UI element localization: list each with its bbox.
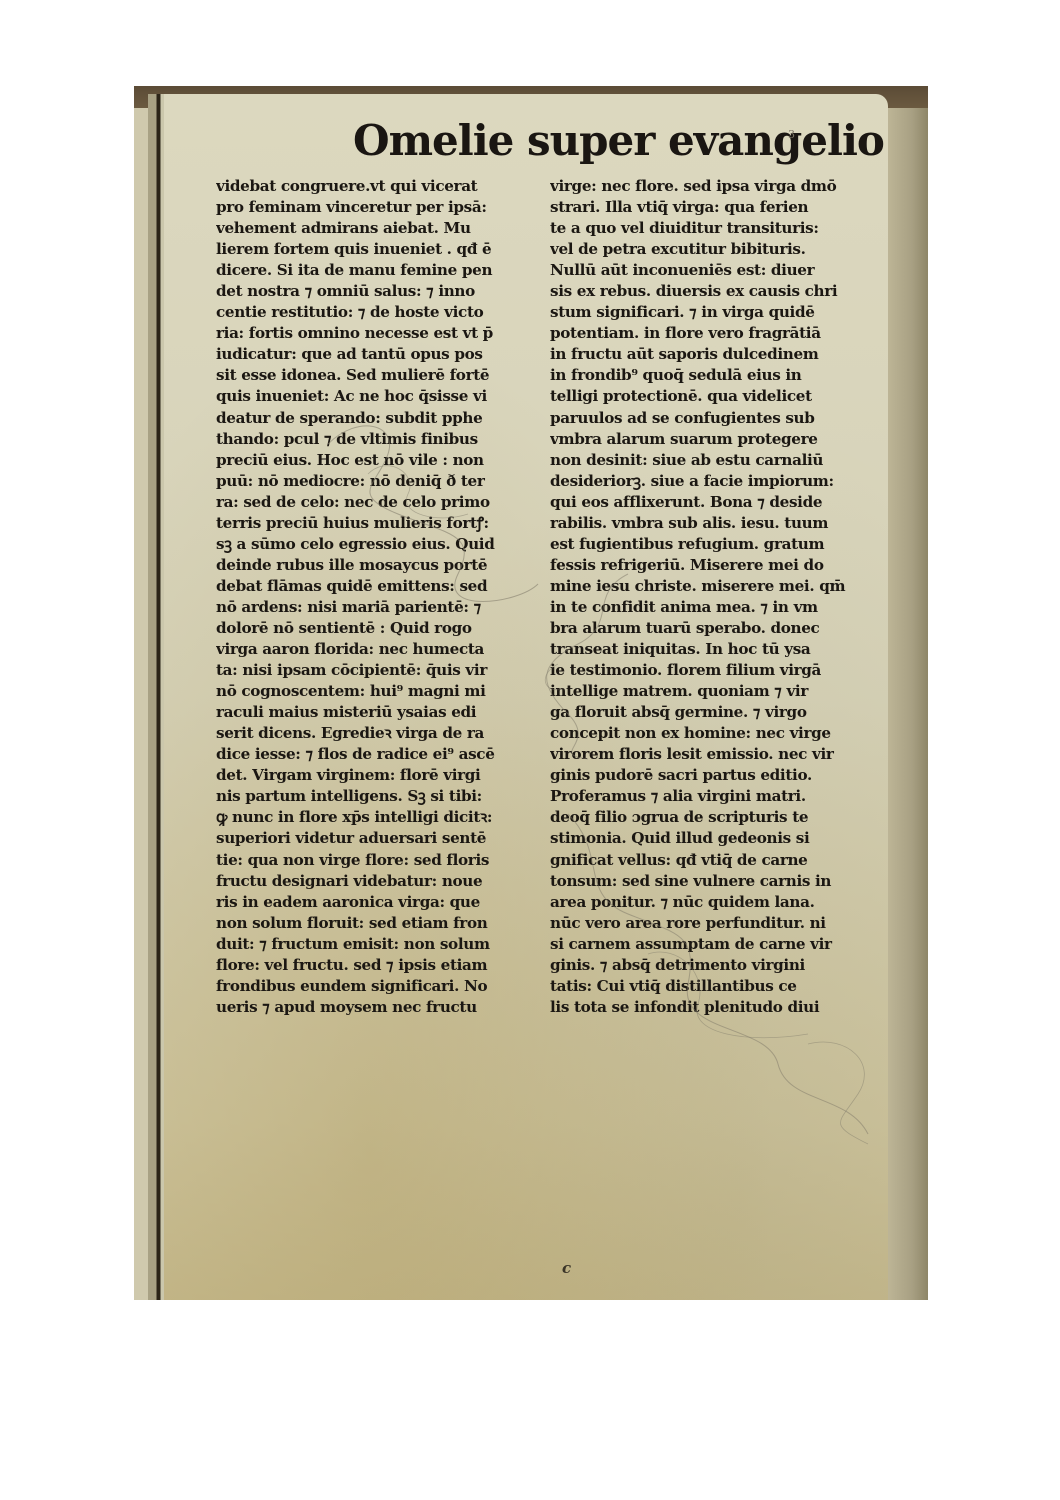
text-line: dicere. Si ita de manu femine pen [216, 260, 536, 281]
text-line: virga aaron florida: nec humecta [216, 639, 536, 660]
text-line: lis tota se infondit plenitudo diui [550, 997, 870, 1018]
text-line: centie restitutio: ⁊ de hoste victo [216, 302, 536, 323]
page-photograph: Omelie super evangelio 3 videbat congrue… [134, 86, 928, 1300]
text-line: desideriorꝫ. siue a facie impiorum: [550, 471, 870, 492]
text-line: stum significari. ⁊ in virga quidē [550, 302, 870, 323]
text-line: Nullū aūt inconueniēs est: diuer [550, 260, 870, 281]
text-line: est fugientibus refugium. gratum [550, 534, 870, 555]
text-line: deinde rubus ille mosaycus portē [216, 555, 536, 576]
text-line: strari. Illa vtiq̄ virga: qua ferien [550, 197, 870, 218]
text-line: ria: fortis omnino necesse est vt p̄ [216, 323, 536, 344]
text-line: fessis refrigeriū. Miserere mei do [550, 555, 870, 576]
text-line: ra: sed de celo: nec de celo primo [216, 492, 536, 513]
text-line: quis inueniet: Ac ne hoc q̄sisse vi [216, 386, 536, 407]
text-line: fructu designari videbatur: noue [216, 871, 536, 892]
text-line: paruulos ad se confugientes sub [550, 408, 870, 429]
text-line: virorem floris lesit emissio. nec vir [550, 744, 870, 765]
text-line: qui eos afflixerunt. Bona ⁊ deside [550, 492, 870, 513]
text-line: sis ex rebus. diuersis ex causis chri [550, 281, 870, 302]
text-line: tatis: Cui vtiq̄ distillantibus ce [550, 976, 870, 997]
text-line: videbat congruere.vt qui vicerat [216, 176, 536, 197]
text-line: ga floruit absq̄ germine. ⁊ virgo [550, 702, 870, 723]
text-line: iudicatur: que ad tantū opus pos [216, 344, 536, 365]
text-line: nō ardens: nisi mariā parientē: ⁊ [216, 597, 536, 618]
text-line: dolorē nō sentientē : Quid rogo [216, 618, 536, 639]
text-line: thando: pcul ⁊ de vltimis finibus [216, 429, 536, 450]
text-line: bra alarum tuarū sperabo. donec [550, 618, 870, 639]
text-line: ginis pudorē sacri partus editio. [550, 765, 870, 786]
text-line: frondibus eundem significari. No [216, 976, 536, 997]
text-line: Proferamus ⁊ alia virgini matri. [550, 786, 870, 807]
text-line: superiori videtur aduersari sentē [216, 828, 536, 849]
text-line: area ponitur. ⁊ nūc quidem lana. [550, 892, 870, 913]
text-line: in te confidit anima mea. ⁊ in vm [550, 597, 870, 618]
text-line: nūc vero area rore perfunditur. ni [550, 913, 870, 934]
text-line: vehement admirans aiebat. Mu [216, 218, 536, 239]
text-line: debat flāmas quidē emittens: sed [216, 576, 536, 597]
text-line: mine iesu christe. miserere mei. qm̄ [550, 576, 870, 597]
text-line: concepit non ex homine: nec virge [550, 723, 870, 744]
text-line: non solum floruit: sed etiam fron [216, 913, 536, 934]
text-line: ris in eadem aaronica virga: que [216, 892, 536, 913]
text-line: transeat iniquitas. In hoc tū ysa [550, 639, 870, 660]
text-column-left: videbat congruere.vt qui viceratpro femi… [216, 176, 536, 1018]
signature-mark: c [562, 1259, 571, 1277]
text-line: puū: nō mediocre: nō deniq̄ ð ter [216, 471, 536, 492]
text-line: in fructu aūt saporis dulcedinem [550, 344, 870, 365]
text-line: stimonia. Quid illud gedeonis si [550, 828, 870, 849]
text-line: nō cognoscentem: hui⁹ magni mi [216, 681, 536, 702]
text-line: det. Virgam virginem: florē virgi [216, 765, 536, 786]
text-line: vmbra alarum suarum protegere [550, 429, 870, 450]
text-line: serit dicens. Egredieꝛ virga de ra [216, 723, 536, 744]
text-line: tonsum: sed sine vulnere carnis in [550, 871, 870, 892]
book-page: Omelie super evangelio 3 videbat congrue… [148, 94, 888, 1300]
text-line: ꝙ nunc in flore xp̄s intelligi dicitꝛ: [216, 807, 536, 828]
text-line: deoq̄ filio ɔgrua de scripturis te [550, 807, 870, 828]
text-line: intellige matrem. quoniam ⁊ vir [550, 681, 870, 702]
text-line: non desinit: siue ab estu carnaliū [550, 450, 870, 471]
text-line: telligi protectionē. qua videlicet [550, 386, 870, 407]
text-line: lierem fortem quis inueniet . qđ ē [216, 239, 536, 260]
text-line: virge: nec flore. sed ipsa virga dmō [550, 176, 870, 197]
text-column-right: virge: nec flore. sed ipsa virga dmōstra… [550, 176, 870, 1018]
text-line: te a quo vel diuiditur transituris: [550, 218, 870, 239]
text-line: ueris ⁊ apud moysem nec fructu [216, 997, 536, 1018]
text-line: rabilis. vmbra sub alis. iesu. tuum [550, 513, 870, 534]
text-line: ie testimonio. florem filium virgā [550, 660, 870, 681]
text-line: dice iesse: ⁊ flos de radice ei⁹ ascē [216, 744, 536, 765]
text-line: in frondib⁹ quoq̄ sedulā eius in [550, 365, 870, 386]
text-line: det nostra ⁊ omniū salus: ⁊ inno [216, 281, 536, 302]
text-line: flore: vel fructu. sed ⁊ ipsis etiam [216, 955, 536, 976]
text-line: nis partum intelligens. Sꝫ si tibi: [216, 786, 536, 807]
text-line: deatur de sperando: subdit pphe [216, 408, 536, 429]
text-line: preciū eius. Hoc est nō vile : non [216, 450, 536, 471]
text-line: gnificat vellus: qđ vtiq̄ de carne [550, 850, 870, 871]
text-line: duit: ⁊ fructum emisit: non solum [216, 934, 536, 955]
text-line: terris preciū huius mulieris fortꝭ: [216, 513, 536, 534]
text-line: sꝫ a sūmo celo egressio eius. Quid [216, 534, 536, 555]
text-line: si carnem assumptam de carne vir [550, 934, 870, 955]
folio-mark: 3 [788, 128, 795, 141]
text-line: raculi maius misteriū ysaias edi [216, 702, 536, 723]
facing-page-edge [888, 108, 928, 1300]
text-line: ginis. ⁊ absq̄ detrimento virgini [550, 955, 870, 976]
text-line: ta: nisi ipsam cōcipientē: q̄uis vir [216, 660, 536, 681]
text-line: pro feminam vinceretur per ipsā: [216, 197, 536, 218]
text-line: sit esse idonea. Sed mulierē fortē [216, 365, 536, 386]
text-line: vel de petra excutitur bibituris. [550, 239, 870, 260]
running-head: Omelie super evangelio [353, 116, 813, 165]
binding-gutter [148, 94, 164, 1300]
text-line: potentiam. in flore vero fragrātiā [550, 323, 870, 344]
text-line: tie: qua non virge flore: sed floris [216, 850, 536, 871]
